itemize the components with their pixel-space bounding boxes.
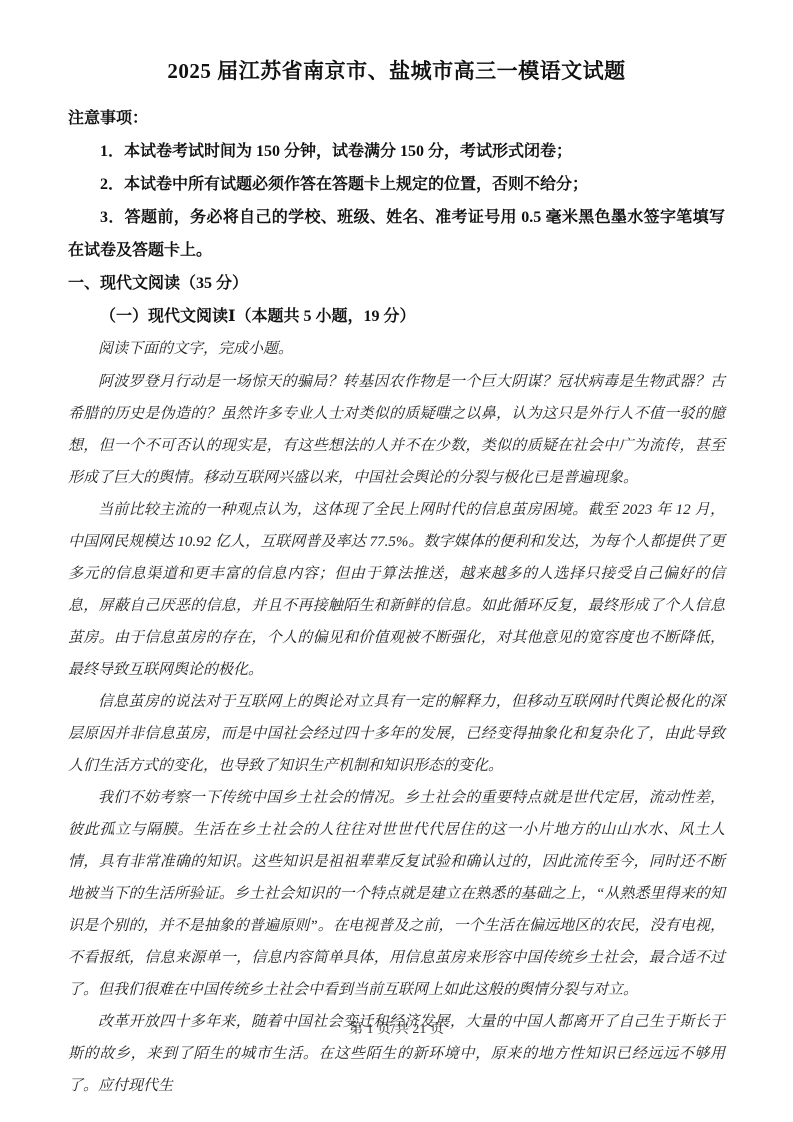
notice-section: 注意事项： 1．本试卷考试时间为 150 分钟，试卷满分 150 分，考试形式闭… bbox=[68, 102, 725, 267]
page-number: 第 1 页/共 21 页 bbox=[0, 1018, 793, 1038]
notice-item-1: 1．本试卷考试时间为 150 分钟，试卷满分 150 分，考试形式闭卷； bbox=[68, 135, 725, 168]
notice-item-2: 2．本试卷中所有试题必须作答在答题卡上规定的位置，否则不给分； bbox=[68, 168, 725, 201]
document-page: 2025 届江苏省南京市、盐城市高三一模语文试题 注意事项： 1．本试卷考试时间… bbox=[0, 0, 793, 1122]
passage-body: 阿波罗登月行动是一场惊天的骗局？转基因农作物是一个巨大阴谋？冠状病毒是生物武器？… bbox=[68, 366, 725, 1102]
notice-item-3: 3．答题前，务必将自己的学校、班级、姓名、准考证号用 0.5 毫米黑色墨水签字笔… bbox=[68, 201, 725, 267]
page-title: 2025 届江苏省南京市、盐城市高三一模语文试题 bbox=[68, 56, 725, 86]
passage-paragraph-4: 我们不妨考察一下传统中国乡土社会的情况。乡土社会的重要特点就是世代定居，流动性差… bbox=[68, 782, 725, 1006]
passage-paragraph-2: 当前比较主流的一种观点认为，这体现了全民上网时代的信息茧房困境。截至 2023 … bbox=[68, 494, 725, 686]
passage-intro: 阅读下面的文字，完成小题。 bbox=[68, 333, 725, 366]
notice-heading: 注意事项： bbox=[68, 102, 725, 135]
passage-paragraph-1: 阿波罗登月行动是一场惊天的骗局？转基因农作物是一个巨大阴谋？冠状病毒是生物武器？… bbox=[68, 366, 725, 494]
section-heading-modern-reading: 一、现代文阅读（35 分） bbox=[68, 267, 725, 300]
passage-paragraph-3: 信息茧房的说法对于互联网上的舆论对立具有一定的解释力，但移动互联网时代舆论极化的… bbox=[68, 686, 725, 782]
subsection-heading-reading-1: （一）现代文阅读Ⅰ（本题共 5 小题，19 分） bbox=[68, 300, 725, 333]
